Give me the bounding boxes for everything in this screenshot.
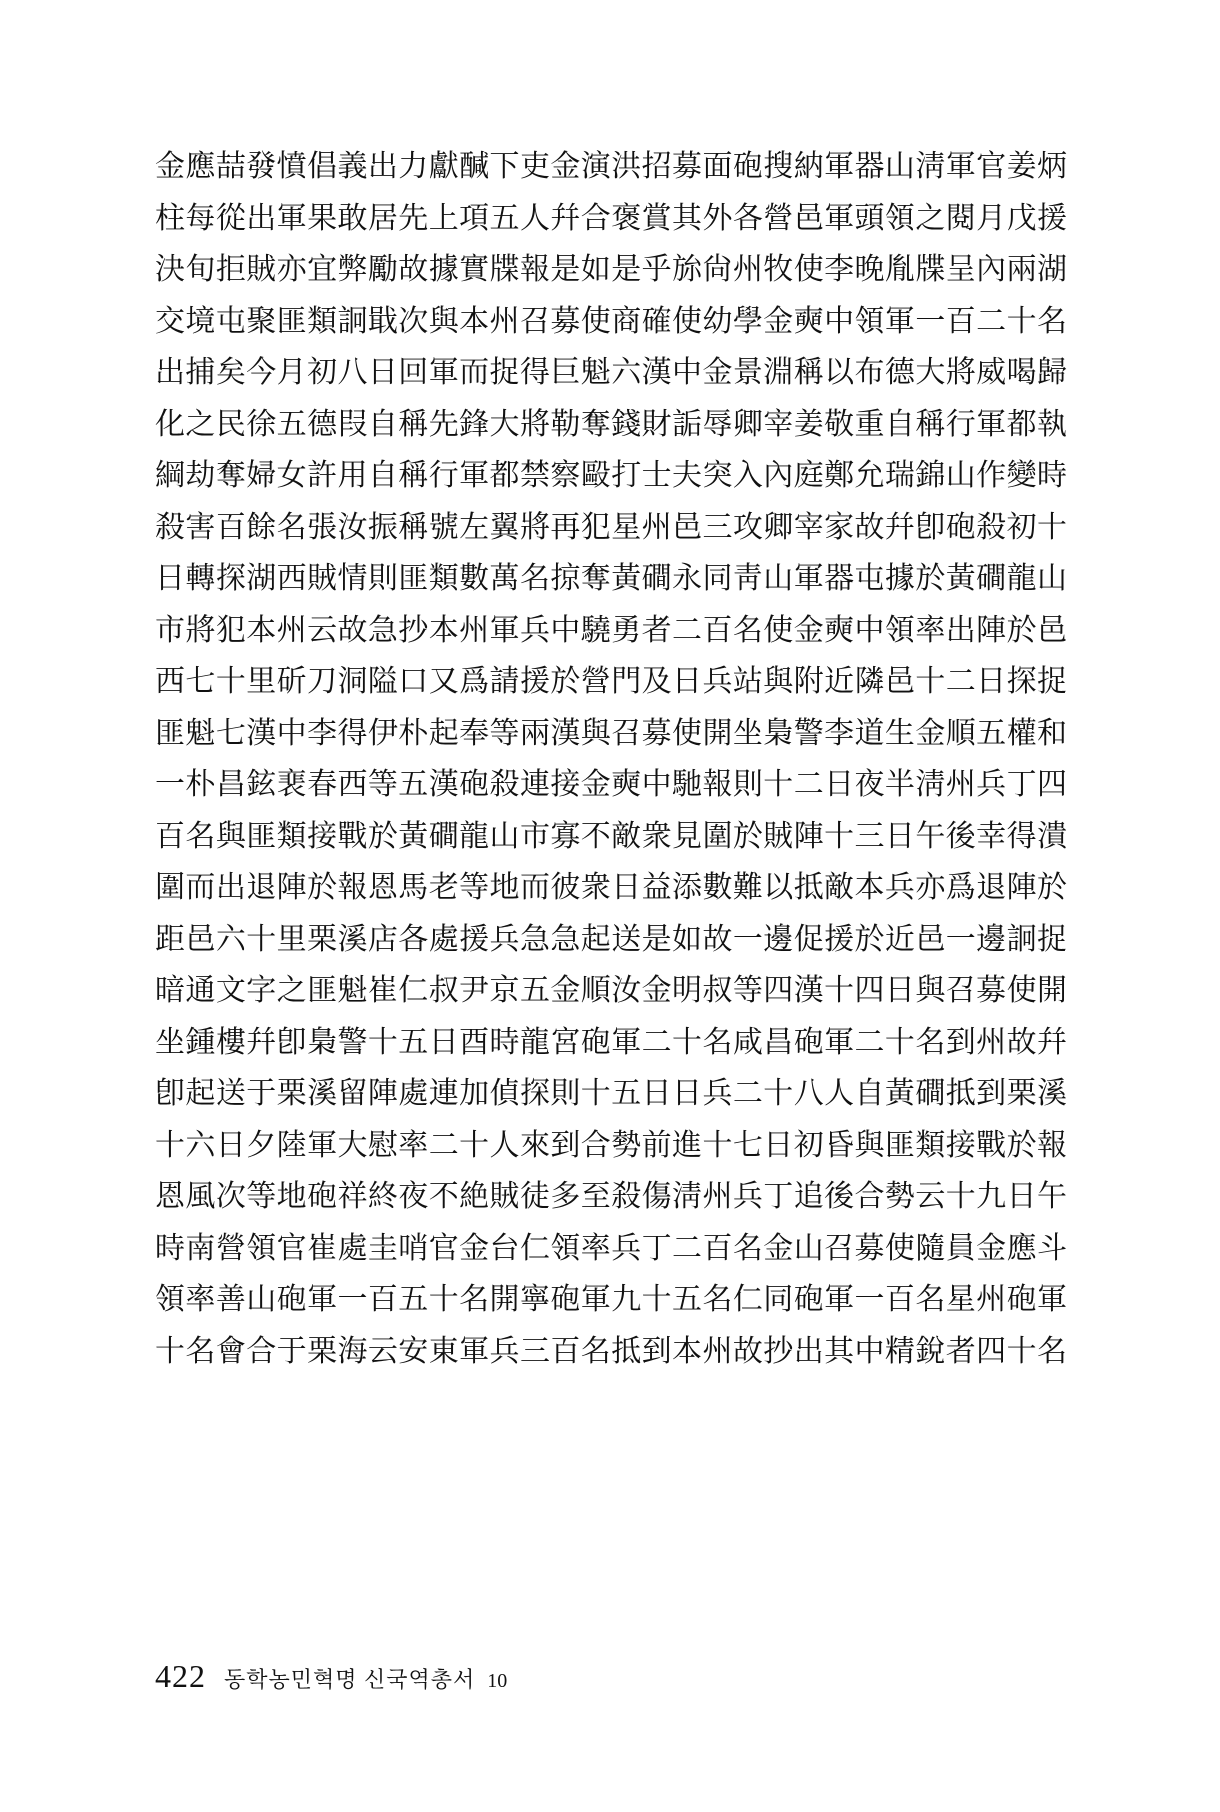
text-line: 柱每從出軍果敢居先上項五人幷合褒賞其外各營邑軍頭領之閱月戊援 (155, 193, 1067, 245)
document-page: 金應喆發憤倡義出力獻醎下吏金演洪招募面砲搜納軍器山淸軍官姜炳 柱每從出軍果敢居先… (0, 0, 1220, 1812)
book-title: 동학농민혁명 신국역총서 (224, 1663, 475, 1694)
text-line: 決旬拒賊亦宜弊勵故據實牒報是如是乎旀尙州牧使李晚胤牒呈內兩湖 (155, 244, 1067, 296)
text-line: 殺害百餘名張汝振稱號左翼將再犯星州邑三攻卿宰家故幷卽砲殺初十 (155, 502, 1067, 554)
text-line: 化之民徐五德叚自稱先鋒大將勒奪錢財詬辱卿宰姜敬重自稱行軍都執 (155, 399, 1067, 451)
text-line: 交境屯聚匪類詗戢次與本州召募使商確使幼學金奭中領軍一百二十名 (155, 296, 1067, 348)
text-line: 出捕矣今月初八日回軍而捉得巨魁六漢中金景淵稱以布德大將威喝歸 (155, 347, 1067, 399)
text-line: 日轉探湖西賊情則匪類數萬名掠奪黃磵永同靑山軍器屯據於黃磵龍山 (155, 553, 1067, 605)
text-line: 百名與匪類接戰於黃磵龍山市寡不敵衆見圍於賊陣十三日午後幸得潰 (155, 811, 1067, 863)
text-line: 十名會合于栗海云安東軍兵三百名抵到本州故抄出其中精銳者四十名 (155, 1326, 1067, 1378)
text-line: 領率善山砲軍一百五十名開寧砲軍九十五名仁同砲軍一百名星州砲軍 (155, 1274, 1067, 1326)
text-line: 金應喆發憤倡義出力獻醎下吏金演洪招募面砲搜納軍器山淸軍官姜炳 (155, 141, 1067, 193)
volume-number: 10 (487, 1670, 507, 1693)
text-line: 圍而出退陣於報恩馬老等地而彼衆日益添數難以抵敵本兵亦爲退陣於 (155, 862, 1067, 914)
text-line: 暗通文字之匪魁崔仁叔尹京五金順汝金明叔等四漢十四日與召募使開 (155, 965, 1067, 1017)
text-line: 西七十里斫刀洞隘口又爲請援於營門及日兵站與附近隣邑十二日探捉 (155, 656, 1067, 708)
text-line: 時南營領官崔處圭哨官金台仁領率兵丁二百名金山召募使隨員金應斗 (155, 1223, 1067, 1275)
text-line: 一朴昌鉉裵春西等五漢砲殺連接金奭中馳報則十二日夜半淸州兵丁四 (155, 759, 1067, 811)
text-line: 十六日夕陸軍大慰率二十人來到合勢前進十七日初昏與匪類接戰於報 (155, 1120, 1067, 1172)
text-line: 市將犯本州云故急抄本州軍兵中驍勇者二百名使金奭中領率出陣於邑 (155, 605, 1067, 657)
text-line: 恩風次等地砲祥終夜不絶賊徒多至殺傷淸州兵丁追後合勢云十九日午 (155, 1171, 1067, 1223)
text-line: 坐鍾樓幷卽梟警十五日酉時龍宮砲軍二十名咸昌砲軍二十名到州故幷 (155, 1017, 1067, 1069)
text-line: 距邑六十里栗溪店各處援兵急急起送是如故一邊促援於近邑一邊詗捉 (155, 914, 1067, 966)
page-footer: 422 동학농민혁명 신국역총서 10 (155, 1658, 507, 1695)
page-number: 422 (155, 1658, 206, 1695)
text-line: 匪魁七漢中李得伊朴起奉等兩漢與召募使開坐梟警李道生金順五權和 (155, 708, 1067, 760)
text-line: 卽起送于栗溪留陣處連加偵探則十五日日兵二十八人自黃磵抵到栗溪 (155, 1068, 1067, 1120)
text-line: 綱劫奪婦女許用自稱行軍都禁察毆打士夫突入內庭鄭允瑞錦山作變時 (155, 450, 1067, 502)
body-text: 金應喆發憤倡義出力獻醎下吏金演洪招募面砲搜納軍器山淸軍官姜炳 柱每從出軍果敢居先… (155, 141, 1067, 1377)
